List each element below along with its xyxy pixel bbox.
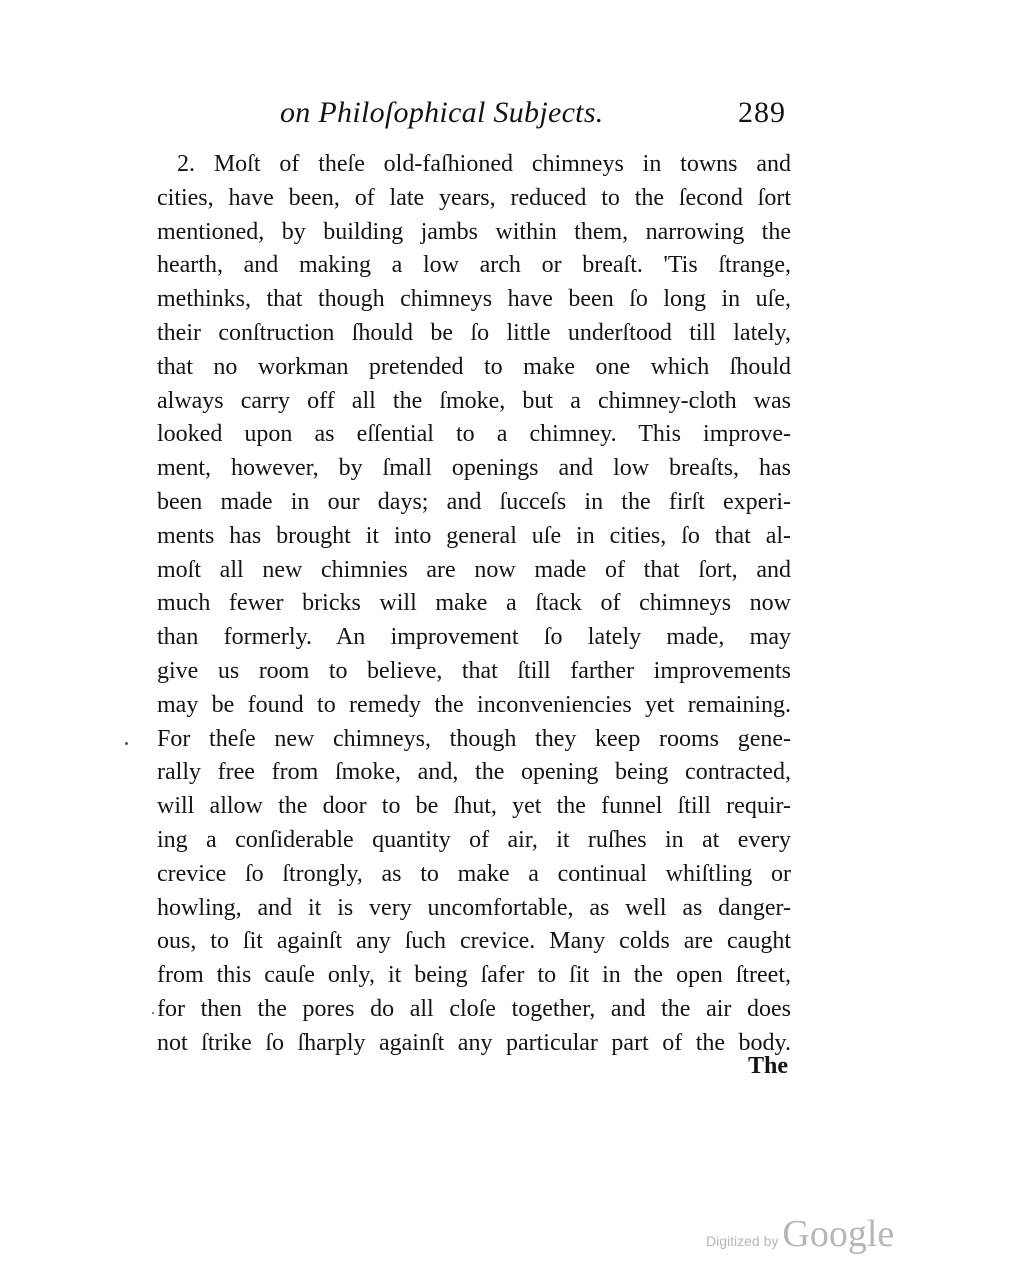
text-line: that no workman pretended to make one wh… bbox=[157, 351, 791, 385]
text-line: may be found to remedy the inconvenienci… bbox=[157, 689, 791, 723]
running-title: on Philoſophical Subjects. bbox=[280, 96, 604, 130]
text-line: from this cauſe only, it being ſafer to … bbox=[157, 959, 791, 993]
text-line: howling, and it is very uncomfortable, a… bbox=[157, 892, 791, 926]
digitized-by-google-watermark: Digitized by Google bbox=[706, 1212, 894, 1256]
text-line: their conſtruction ſhould be ſo little u… bbox=[157, 317, 791, 351]
text-line: cities, have been, of late years, reduce… bbox=[157, 182, 791, 216]
watermark-brand: Google bbox=[782, 1213, 894, 1255]
text-line: 2. Moſt of theſe old-faſhioned chimneys … bbox=[157, 148, 791, 182]
text-line: crevice ſo ſtrongly, as to make a contin… bbox=[157, 858, 791, 892]
text-line: will allow the door to be ſhut, yet the … bbox=[157, 790, 791, 824]
text-line: methinks, that though chimneys have been… bbox=[157, 283, 791, 317]
text-line: give us room to believe, that ſtill fart… bbox=[157, 655, 791, 689]
text-line: looked upon as eſſential to a chimney. T… bbox=[157, 418, 791, 452]
text-line: hearth, and making a low arch or breaſt.… bbox=[157, 249, 791, 283]
text-line: moſt all new chimnies are now made of th… bbox=[157, 554, 791, 588]
text-line: been made in our days; and ſucceſs in th… bbox=[157, 486, 791, 520]
text-line: not ſtrike ſo ſharply againſt any partic… bbox=[157, 1027, 791, 1061]
watermark-prefix: Digitized by bbox=[706, 1233, 778, 1249]
text-line: rally free from ſmoke, and, the opening … bbox=[157, 756, 791, 790]
running-head: on Philoſophical Subjects. 289 bbox=[280, 96, 800, 140]
text-line: mentioned, by building jambs within them… bbox=[157, 216, 791, 250]
text-line: ments has brought it into general uſe in… bbox=[157, 520, 791, 554]
text-line: always carry off all the ſmoke, but a ch… bbox=[157, 385, 791, 419]
text-line: than formerly. An improvement ſo lately … bbox=[157, 621, 791, 655]
text-line: ous, to ſit againſt any ſuch crevice. Ma… bbox=[157, 925, 791, 959]
text-line: ing a conſiderable quantity of air, it r… bbox=[157, 824, 791, 858]
print-speck bbox=[152, 1012, 154, 1014]
text-line: ment, however, by ſmall openings and low… bbox=[157, 452, 791, 486]
text-line: for then the pores do all cloſe together… bbox=[157, 993, 791, 1027]
page-number: 289 bbox=[738, 96, 786, 130]
catchword: The bbox=[748, 1053, 788, 1080]
text-line: For theſe new chimneys, though they keep… bbox=[157, 723, 791, 757]
body-text: 2. Moſt of theſe old-faſhioned chimneys … bbox=[157, 148, 791, 1061]
book-page: on Philoſophical Subjects. 289 2. Moſt o… bbox=[0, 0, 1014, 1282]
print-speck bbox=[125, 742, 128, 745]
text-line: much fewer bricks will make a ſtack of c… bbox=[157, 587, 791, 621]
